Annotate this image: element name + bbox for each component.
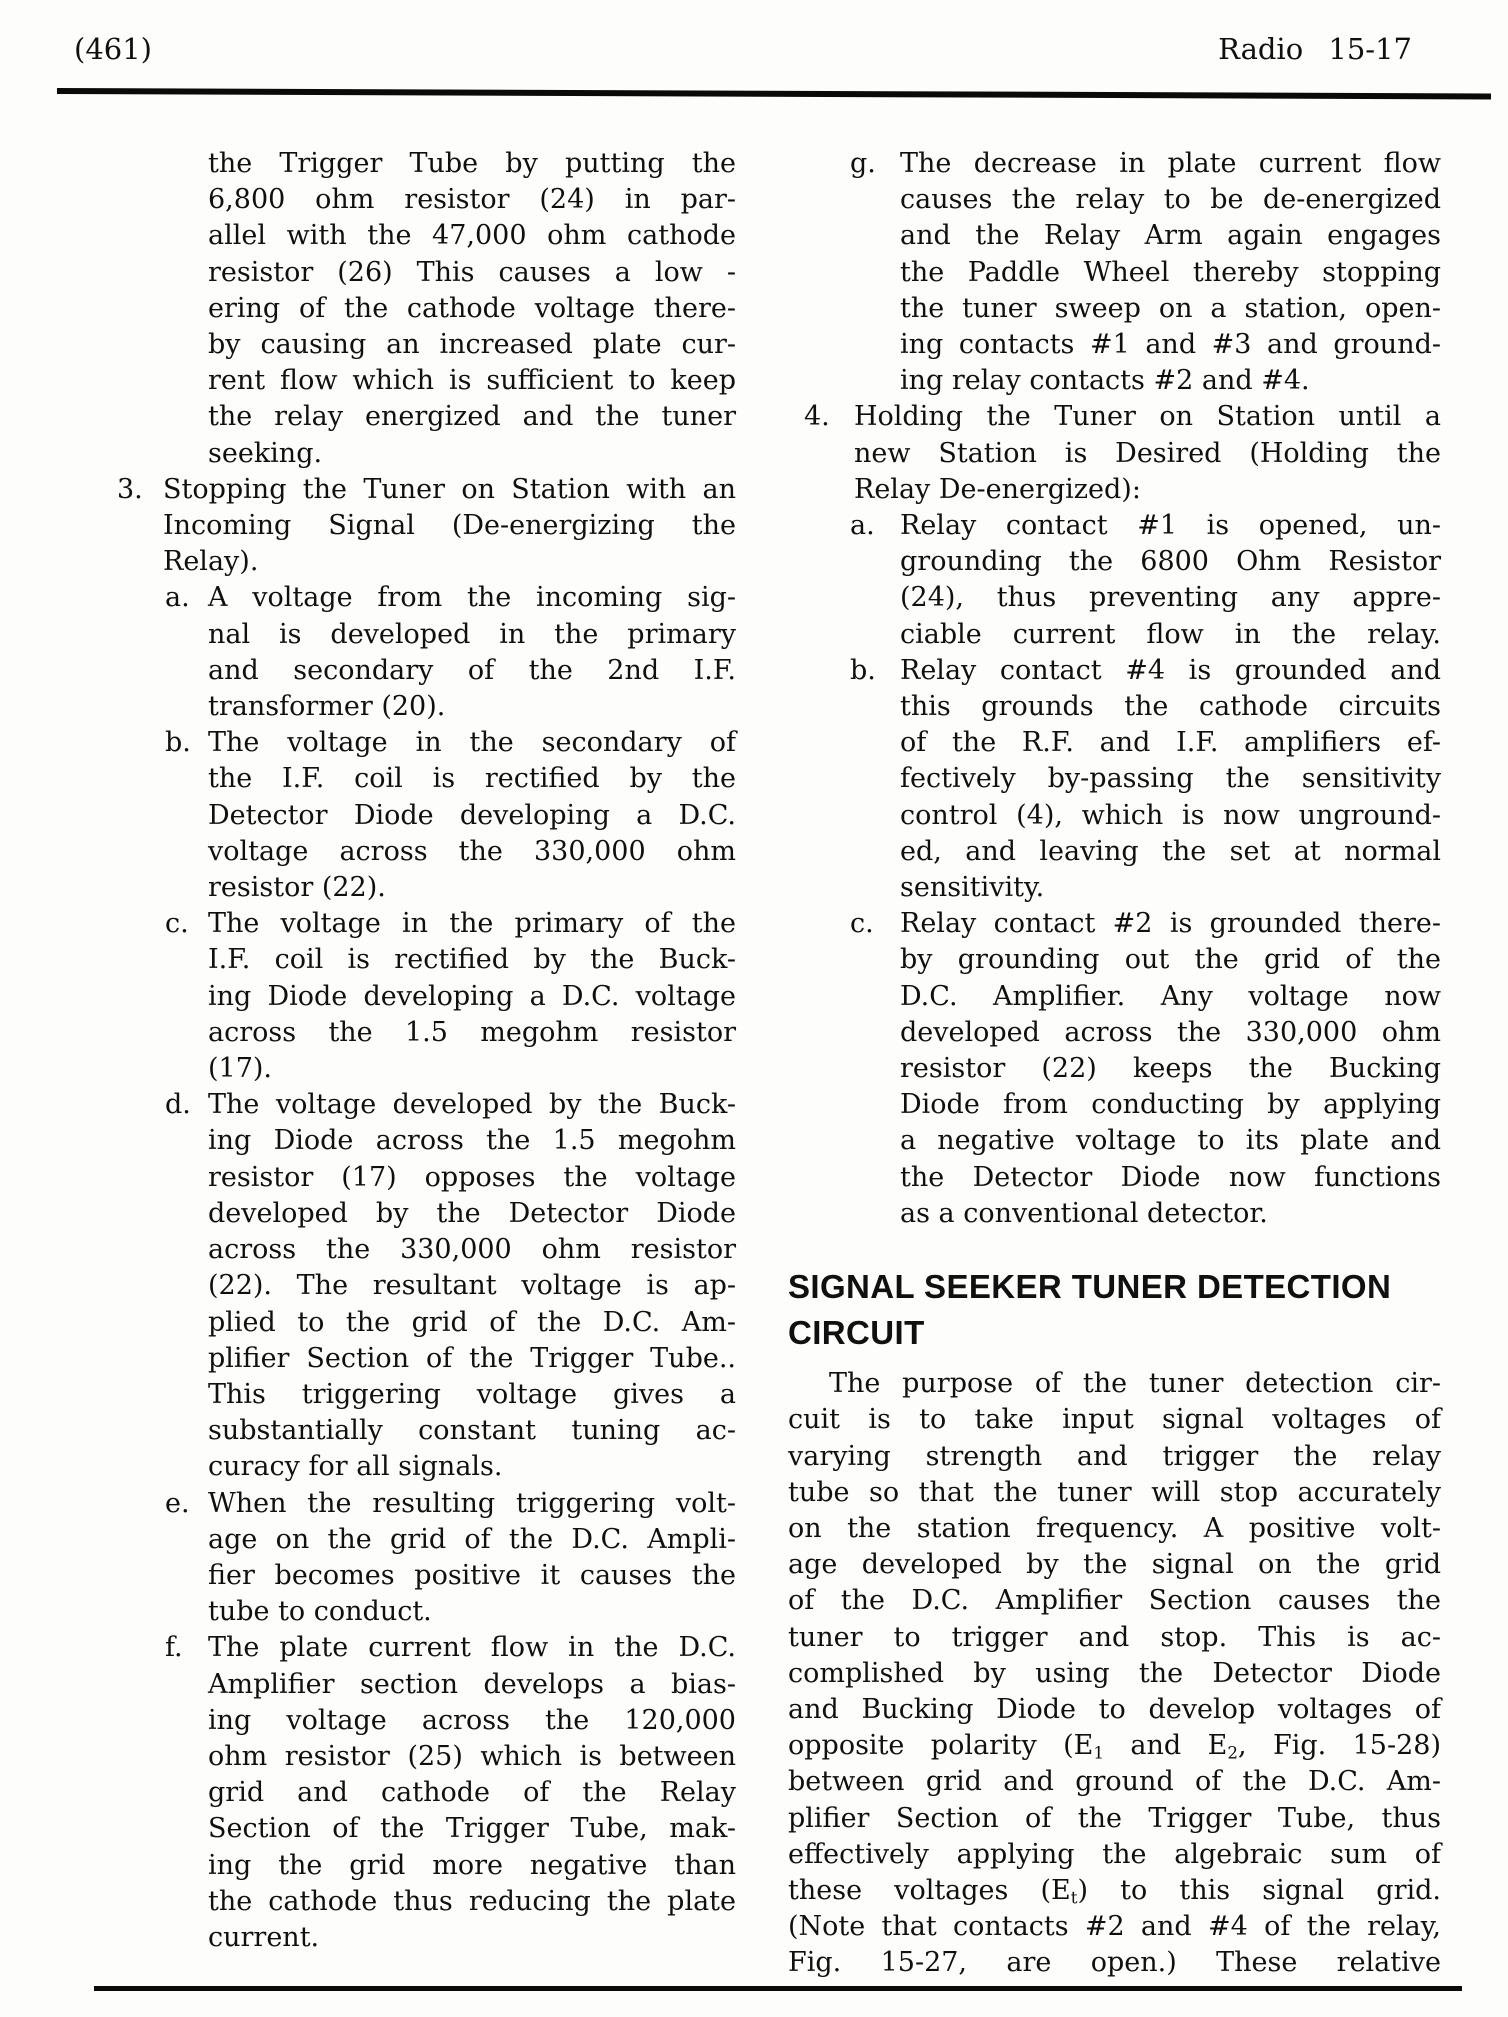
list-item-a: a.A voltage from the incoming sig-nal is… [95,580,736,725]
text-line: fier becomes positive it causes the [208,1558,736,1594]
text-lines: Relay contact #4 is grounded andthis gro… [788,653,1441,906]
page-header: (461) Radio 15-17 [0,26,1508,76]
text-line: developed across the 330,000 ohm [900,1015,1441,1051]
list-item-d: d.The voltage developed by the Buck-ing … [95,1087,736,1485]
list-marker: a. [850,508,875,544]
text-lines: Relay contact #1 is opened, un-grounding… [788,508,1441,653]
text-line: cuit is to take input signal voltages of [788,1402,1441,1438]
text-line: effectively applying the algebraic sum o… [788,1837,1441,1873]
text-lines: Relay contact #2 is grounded there-by gr… [788,906,1441,1232]
list-item-c: c.Relay contact #2 is grounded there-by … [788,906,1441,1232]
list-item-3: 3.Stopping the Tuner on Station with anI… [95,472,736,581]
text-lines: SIGNAL SEEKER TUNER DETECTIONCIRCUIT [788,1264,1441,1356]
list-marker: b. [165,725,191,761]
text-line: Detector Diode developing a D.C. [208,798,736,834]
list-marker: f. [165,1630,183,1666]
section-heading: SIGNAL SEEKER TUNER DETECTIONCIRCUIT [788,1264,1441,1356]
text-line: across the 1.5 megohm resistor [208,1015,736,1051]
text-line: Relay De-energized): [854,472,1441,508]
text-line: resistor (22). [208,870,736,906]
text-line: resistor (17) opposes the voltage [208,1160,736,1196]
text-line: Stopping the Tuner on Station with an [163,472,736,508]
text-line: The voltage in the secondary of [208,725,736,761]
text-line: Amplifier section develops a bias- [208,1667,736,1703]
list-marker: 4. [804,399,830,435]
text-lines: A voltage from the incoming sig-nal is d… [95,580,736,725]
text-lines: The decrease in plate current flowcauses… [788,146,1441,399]
text-lines: the Trigger Tube by putting the6,800 ohm… [95,146,736,472]
text-line: Section of the Trigger Tube, mak- [208,1811,736,1847]
text-line: Diode from conducting by applying [900,1087,1441,1123]
text-line: developed by the Detector Diode [208,1196,736,1232]
manual-page: (461) Radio 15-17 the Trigger Tube by pu… [0,0,1508,2017]
text-line: of the D.C. Amplifier Section causes the [788,1583,1441,1619]
text-line: the tuner sweep on a station, open- [900,291,1441,327]
text-line: allel with the 47,000 ohm cathode [208,218,736,254]
text-line: ed, and leaving the set at normal [900,834,1441,870]
text-line: this grounds the cathode circuits [900,689,1441,725]
text-line: the relay energized and the tuner [208,399,736,435]
text-line: ing Diode developing a D.C. voltage [208,979,736,1015]
list-item-g: g.The decrease in plate current flowcaus… [788,146,1441,399]
text-lines: Stopping the Tuner on Station with anInc… [95,472,736,581]
text-line: causes the relay to be de-energized [900,182,1441,218]
text-line: I.F. coil is rectified by the Buck- [208,942,736,978]
paragraph-continuation: the Trigger Tube by putting the6,800 ohm… [95,146,736,472]
list-item-4: 4.Holding the Tuner on Station until ane… [788,399,1441,508]
list-item-f: f.The plate current flow in the D.C.Ampl… [95,1630,736,1956]
text-line: D.C. Amplifier. Any voltage now [900,979,1441,1015]
text-line: Holding the Tuner on Station until a [854,399,1441,435]
text-line: these voltages (Et) to this signal grid. [788,1873,1441,1909]
bottom-rule [94,1986,1462,1991]
text-line: grounding the 6800 Ohm Resistor [900,544,1441,580]
text-line: Relay contact #1 is opened, un- [900,508,1441,544]
text-line: ohm resistor (25) which is between [208,1739,736,1775]
text-line: (17). [208,1051,736,1087]
text-line: rent flow which is sufficient to keep [208,363,736,399]
text-line: resistor (26) This causes a low - [208,255,736,291]
text-line: Relay contact #2 is grounded there- [900,906,1441,942]
text-line: of the R.F. and I.F. amplifiers ef- [900,725,1441,761]
text-line: control (4), which is now unground- [900,798,1441,834]
list-marker: c. [165,906,189,942]
text-line: A voltage from the incoming sig- [208,580,736,616]
text-line: the Trigger Tube by putting the [208,146,736,182]
text-line: as a conventional detector. [900,1196,1441,1232]
text-line: ering of the cathode voltage there- [208,291,736,327]
text-line: ing Diode across the 1.5 megohm [208,1123,736,1159]
text-line: Relay contact #4 is grounded and [900,653,1441,689]
body-paragraph: The purpose of the tuner detection cir-c… [788,1366,1441,1981]
text-line: The purpose of the tuner detection cir- [788,1366,1441,1402]
text-line: curacy for all signals. [208,1449,736,1485]
text-lines: The voltage in the secondary ofthe I.F. … [95,725,736,906]
text-line: plied to the grid of the D.C. Am- [208,1305,736,1341]
list-marker: c. [850,906,874,942]
text-line: fectively by-passing the sensitivity [900,761,1441,797]
text-line: current. [208,1920,736,1956]
text-line: between grid and ground of the D.C. Am- [788,1764,1441,1800]
text-line: The decrease in plate current flow [900,146,1441,182]
text-line: on the station frequency. A positive vol… [788,1511,1441,1547]
text-line: Incoming Signal (De-energizing the [163,508,736,544]
text-line: This triggering voltage gives a [208,1377,736,1413]
text-line: 6,800 ohm resistor (24) in par- [208,182,736,218]
list-marker: e. [165,1486,190,1522]
text-line: opposite polarity (E1 and E2, Fig. 15-28… [788,1728,1441,1764]
text-lines: The voltage in the primary of theI.F. co… [95,906,736,1087]
text-line: varying strength and trigger the relay [788,1439,1441,1475]
text-line: The voltage developed by the Buck- [208,1087,736,1123]
text-line: tuner to trigger and stop. This is ac- [788,1620,1441,1656]
text-line: CIRCUIT [788,1310,1441,1356]
text-line: ing contacts #1 and #3 and ground- [900,327,1441,363]
text-line: the Detector Diode now functions [900,1160,1441,1196]
list-item-a: a.Relay contact #1 is opened, un-groundi… [788,508,1441,653]
text-line: age on the grid of the D.C. Ampli- [208,1522,736,1558]
text-line: across the 330,000 ohm resistor [208,1232,736,1268]
list-marker: d. [165,1087,191,1123]
text-line: voltage across the 330,000 ohm [208,834,736,870]
text-line: by grounding out the grid of the [900,942,1441,978]
text-line: the Paddle Wheel thereby stopping [900,255,1441,291]
text-line: (24), thus preventing any appre- [900,580,1441,616]
list-marker: a. [165,580,190,616]
text-line: tube to conduct. [208,1594,736,1630]
left-column: the Trigger Tube by putting the6,800 ohm… [95,146,736,1956]
text-line: age developed by the signal on the grid [788,1547,1441,1583]
text-line: ciable current flow in the relay. [900,617,1441,653]
text-line: new Station is Desired (Holding the [854,436,1441,472]
list-marker: b. [850,653,876,689]
right-column: g.The decrease in plate current flowcaus… [788,146,1441,1982]
list-item-b: b.Relay contact #4 is grounded andthis g… [788,653,1441,906]
text-line: The plate current flow in the D.C. [208,1630,736,1666]
page-number: (461) [74,32,152,66]
text-lines: The plate current flow in the D.C.Amplif… [95,1630,736,1956]
list-item-e: e.When the resulting triggering volt-age… [95,1486,736,1631]
header-section-title: Radio 15-17 [1218,32,1412,66]
top-rule [57,88,1491,100]
text-line: The voltage in the primary of the [208,906,736,942]
list-item-c: c.The voltage in the primary of theI.F. … [95,906,736,1087]
text-line: by causing an increased plate cur- [208,327,736,363]
text-line: SIGNAL SEEKER TUNER DETECTION [788,1264,1441,1310]
text-line: grid and cathode of the Relay [208,1775,736,1811]
text-line: Fig. 15-27, are open.) These relative [788,1945,1441,1981]
text-line: plifier Section of the Trigger Tube, thu… [788,1801,1441,1837]
text-line: ing relay contacts #2 and #4. [900,363,1441,399]
text-line: Relay). [163,544,736,580]
text-line: When the resulting triggering volt- [208,1486,736,1522]
text-line: the cathode thus reducing the plate [208,1884,736,1920]
text-lines: The purpose of the tuner detection cir-c… [788,1366,1441,1981]
text-line: a negative voltage to its plate and [900,1123,1441,1159]
text-line: and secondary of the 2nd I.F. [208,653,736,689]
text-line: plifier Section of the Trigger Tube.. [208,1341,736,1377]
text-line: (22). The resultant voltage is ap- [208,1268,736,1304]
text-lines: When the resulting triggering volt-age o… [95,1486,736,1631]
text-lines: Holding the Tuner on Station until anew … [788,399,1441,508]
text-line: nal is developed in the primary [208,617,736,653]
text-line: transformer (20). [208,689,736,725]
text-line: complished by using the Detector Diode [788,1656,1441,1692]
text-line: seeking. [208,436,736,472]
text-line: ing the grid more negative than [208,1848,736,1884]
text-line: and the Relay Arm again engages [900,218,1441,254]
list-item-b: b.The voltage in the secondary ofthe I.F… [95,725,736,906]
text-line: and Bucking Diode to develop voltages of [788,1692,1441,1728]
text-line: substantially constant tuning ac- [208,1413,736,1449]
text-line: ing voltage across the 120,000 [208,1703,736,1739]
text-line: resistor (22) keeps the Bucking [900,1051,1441,1087]
text-line: (Note that contacts #2 and #4 of the rel… [788,1909,1441,1945]
text-line: tube so that the tuner will stop accurat… [788,1475,1441,1511]
text-lines: The voltage developed by the Buck-ing Di… [95,1087,736,1485]
list-marker: g. [850,146,876,182]
list-marker: 3. [117,472,143,508]
text-line: sensitivity. [900,870,1441,906]
text-line: the I.F. coil is rectified by the [208,761,736,797]
